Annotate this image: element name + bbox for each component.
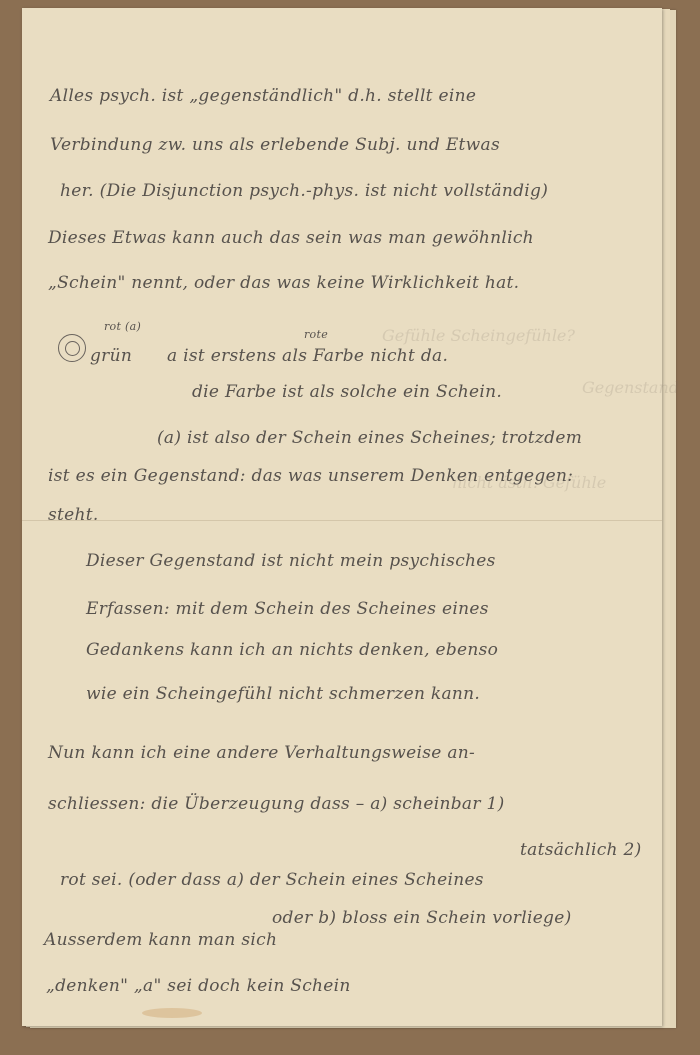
- text-line: Dieser Gegenstand ist nicht mein psychis…: [86, 551, 496, 571]
- manuscript-page: Gefühle Scheingefühle? Gegenstand nicht …: [22, 8, 662, 1026]
- text-line: a ist erstens als Farbe nicht da.: [167, 346, 448, 366]
- text-line: Nun kann ich eine andere Verhaltungsweis…: [48, 743, 475, 763]
- text-line: rot sei. (oder dass a) der Schein eines …: [60, 870, 484, 890]
- text-line: schliessen: die Überzeugung dass – a) sc…: [48, 794, 505, 814]
- text-line: oder b) bloss ein Schein vorliege): [272, 908, 572, 928]
- text-line: Erfassen: mit dem Schein des Scheines ei…: [86, 599, 489, 619]
- interlinear-insertion: rote: [304, 328, 328, 341]
- bleed-through-text: Gegenstand: [582, 378, 679, 397]
- text-line: ist es ein Gegenstand: das was unserem D…: [48, 466, 573, 486]
- text-line: Alles psych. ist „gegenständlich" d.h. s…: [50, 86, 476, 106]
- text-line: tatsächlich 2): [520, 840, 642, 860]
- bleed-through-text: Gefühle Scheingefühle?: [382, 326, 575, 345]
- text-line: (a) ist also der Schein eines Scheines; …: [157, 428, 582, 448]
- text-line: „denken" „a" sei doch kein Schein: [46, 976, 351, 996]
- text-line: Dieses Etwas kann auch das sein was man …: [48, 228, 534, 248]
- margin-annotation: rot (a): [104, 320, 141, 333]
- circle-mark-icon: [58, 334, 86, 362]
- text-line: die Farbe ist als solche ein Schein.: [192, 382, 502, 402]
- text-line: her. (Die Disjunction psych.-phys. ist n…: [60, 181, 548, 201]
- text-line: wie ein Scheingefühl nicht schmerzen kan…: [86, 684, 480, 704]
- text-line: steht.: [48, 505, 99, 525]
- text-line: Ausserdem kann man sich: [44, 930, 277, 950]
- text-line: Verbindung zw. uns als erlebende Subj. u…: [50, 135, 500, 155]
- text-line: „Schein" nennt, oder das was keine Wirkl…: [48, 273, 519, 293]
- text-line-prefix: grün: [90, 346, 132, 366]
- paper-stain: [142, 1008, 202, 1018]
- text-line: Gedankens kann ich an nichts denken, ebe…: [86, 640, 498, 660]
